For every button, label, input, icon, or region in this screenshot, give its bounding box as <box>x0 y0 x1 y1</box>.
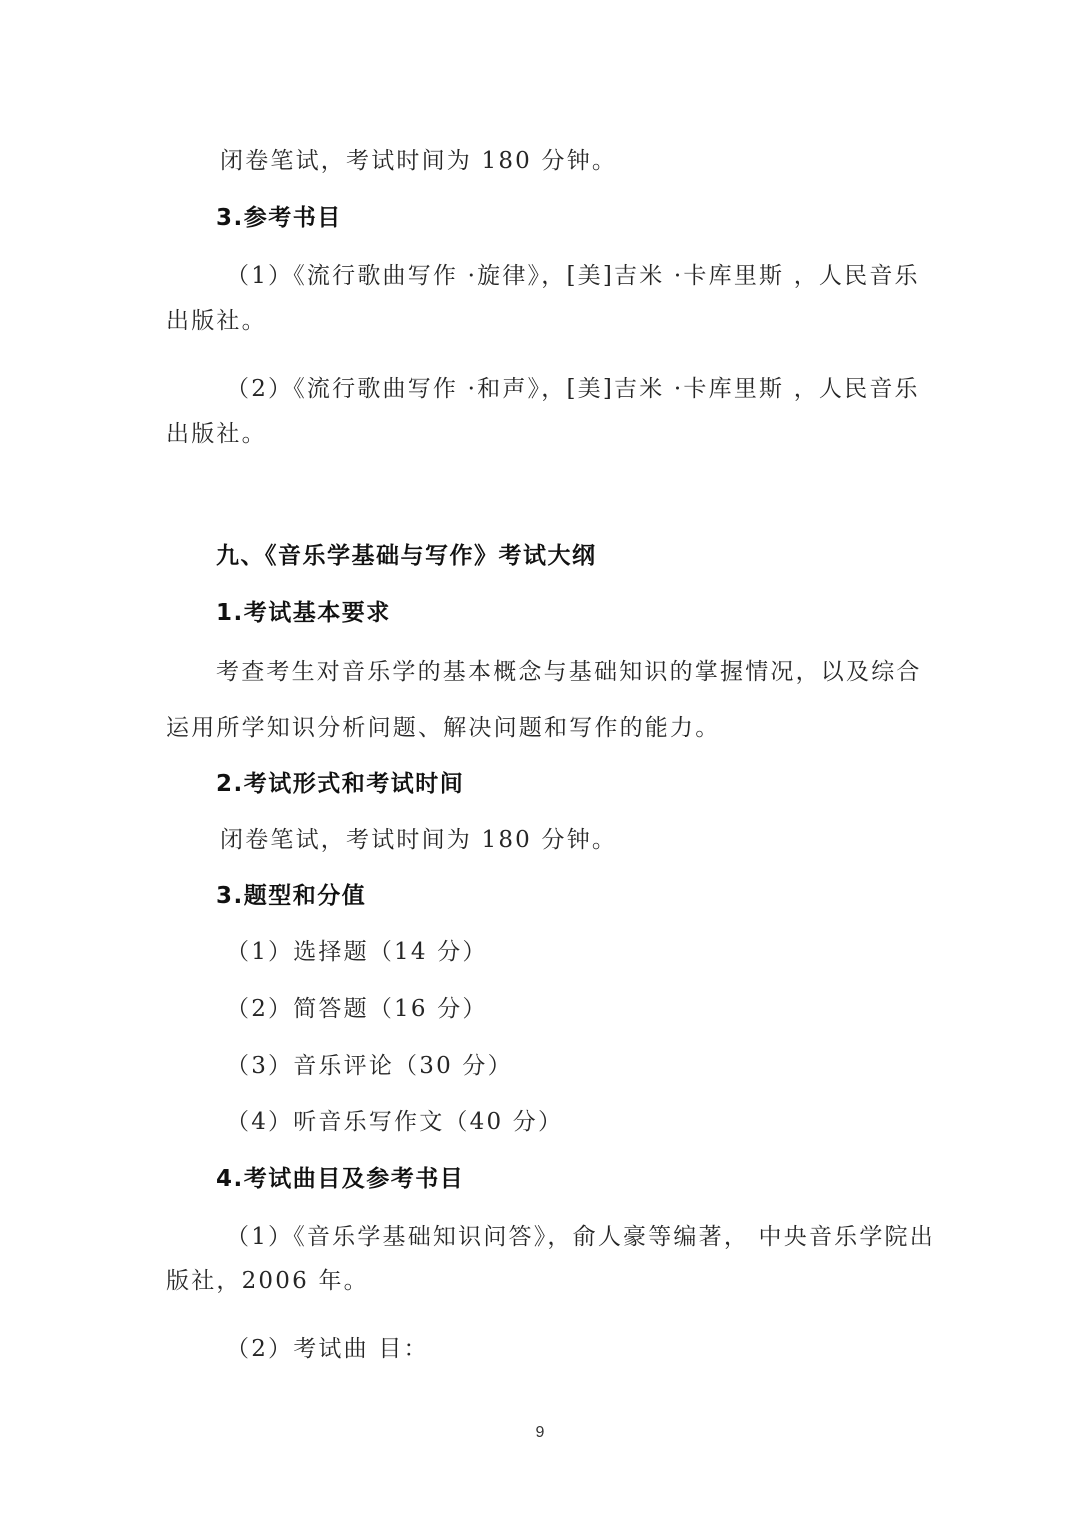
reference-item-1-line1: （1）《音乐学基础知识问答》，俞人豪等编著， 中央音乐学院出 <box>226 1222 935 1252</box>
question-type-item: （2）简答题（16 分） <box>226 994 488 1024</box>
exam-form-text: 闭卷笔试，考试时间为 180 分钟。 <box>220 825 617 855</box>
question-type-item: （3）音乐评论（30 分） <box>226 1051 513 1081</box>
section-title: 九、《音乐学基础与写作》考试大纲 <box>216 541 597 571</box>
repertoire-references-heading: 4.考试曲目及参考书目 <box>216 1164 464 1194</box>
references-heading: 3.参考书目 <box>216 203 342 233</box>
question-types-heading: 3.题型和分值 <box>216 881 366 911</box>
reference-item-2-line2: 出版社。 <box>166 419 267 449</box>
reference-item-1-line1: （1）《流行歌曲写作 ·旋律》，[美]吉米 ·卡库里斯 ，人民音乐 <box>226 261 920 291</box>
basic-requirements-heading: 1.考试基本要求 <box>216 598 391 628</box>
page-number: 9 <box>0 1424 1080 1442</box>
reference-item-1-line2: 出版社。 <box>166 306 267 336</box>
question-type-item: （4）听音乐写作文（40 分） <box>226 1107 563 1137</box>
reference-item-1-line2: 版社，2006 年。 <box>166 1266 369 1296</box>
reference-item-2-line1: （2）《流行歌曲写作 ·和声》，[美]吉米 ·卡库里斯 ，人民音乐 <box>226 374 920 404</box>
exam-form-text-prev: 闭卷笔试，考试时间为 180 分钟。 <box>220 146 617 176</box>
basic-requirements-line2: 运用所学知识分析问题、解决问题和写作的能力。 <box>166 713 720 743</box>
repertoire-item: （2）考试曲 目： <box>226 1334 429 1364</box>
basic-requirements-line1: 考查考生对音乐学的基本概念与基础知识的掌握情况，以及综合 <box>216 657 922 687</box>
question-type-item: （1）选择题（14 分） <box>226 937 488 967</box>
exam-form-heading: 2.考试形式和考试时间 <box>216 769 464 799</box>
